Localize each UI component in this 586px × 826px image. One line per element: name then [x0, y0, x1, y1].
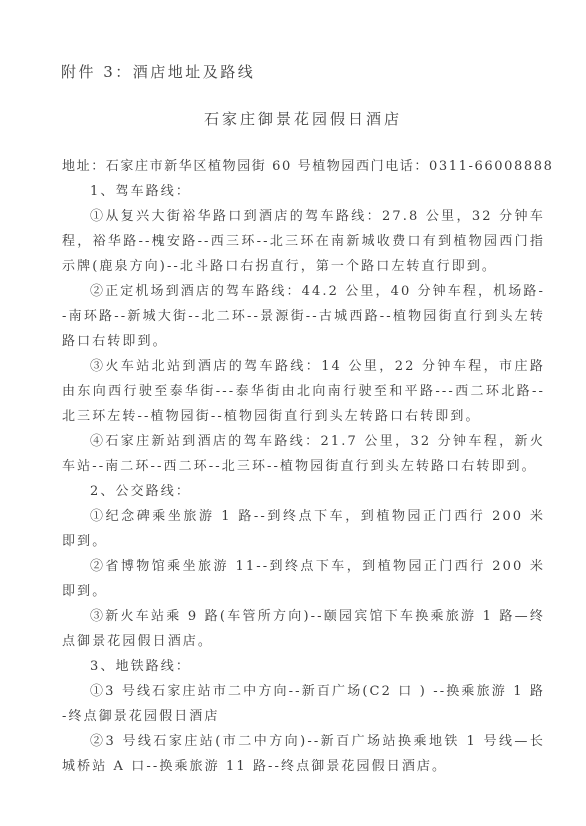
- attachment-heading: 附件 3：酒店地址及路线: [61, 61, 255, 83]
- hotel-name-title: 石家庄御景花园假日酒店: [0, 108, 586, 130]
- section-metro-routes: 3、地铁路线： ①3 号线石家庄站市二中方向--新百广场(C2 口 ) --换乘…: [62, 654, 545, 779]
- section-heading-metro: 3、地铁路线：: [62, 654, 545, 679]
- metro-route-2: ②3 号线石家庄站(市二中方向)--新百广场站换乘地铁 1 号线—长 城桥站 A…: [62, 729, 545, 779]
- driving-route-3: ③火车站北站到酒店的驾车路线：14 公里，22 分钟车程，市庄路由东向西行驶至泰…: [62, 354, 545, 429]
- bus-route-2: ②省博物馆乘坐旅游 11--到终点下车，到植物园正门西行 200 米即到。: [62, 554, 545, 604]
- document-body: 地址：石家庄市新华区植物园街 60 号植物园西门电话：0311-66008888…: [62, 154, 545, 779]
- metro-route-1: ①3 号线石家庄站市二中方向--新百广场(C2 口 ) --换乘旅游 1 路 -…: [62, 679, 545, 729]
- bus-route-3: ③新火车站乘 9 路(车管所方向)--颐园宾馆下车换乘旅游 1 路—终 点御景花…: [62, 604, 545, 654]
- driving-route-4: ④石家庄新站到酒店的驾车路线：21.7 公里，32 分钟车程，新火车站--南二环…: [62, 429, 545, 479]
- section-driving-routes: 1、驾车路线： ①从复兴大街裕华路口到酒店的驾车路线：27.8 公里，32 分钟…: [62, 179, 545, 479]
- address-line: 地址：石家庄市新华区植物园街 60 号植物园西门电话：0311-66008888: [62, 154, 545, 179]
- driving-route-1: ①从复兴大街裕华路口到酒店的驾车路线：27.8 公里，32 分钟车程，裕华路--…: [62, 204, 545, 279]
- section-heading-driving: 1、驾车路线：: [62, 179, 545, 204]
- bus-route-1: ①纪念碑乘坐旅游 1 路--到终点下车，到植物园正门西行 200 米即到。: [62, 504, 545, 554]
- document-page: 附件 3：酒店地址及路线 石家庄御景花园假日酒店 地址：石家庄市新华区植物园街 …: [0, 0, 586, 826]
- driving-route-2: ②正定机场到酒店的驾车路线：44.2 公里，40 分钟车程，机场路--南环路--…: [62, 279, 545, 354]
- section-bus-routes: 2、公交路线： ①纪念碑乘坐旅游 1 路--到终点下车，到植物园正门西行 200…: [62, 479, 545, 654]
- section-heading-bus: 2、公交路线：: [62, 479, 545, 504]
